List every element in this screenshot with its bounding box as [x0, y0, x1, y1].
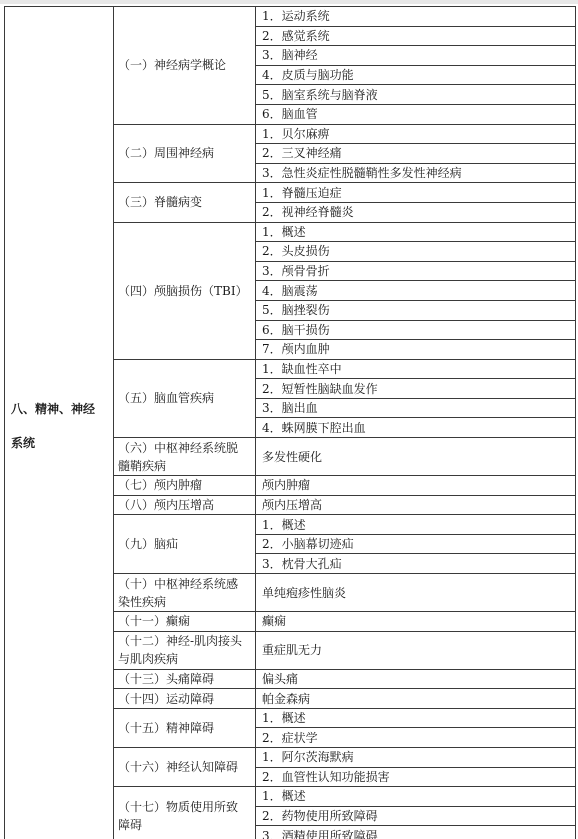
- section-item: 重症肌无力: [256, 631, 576, 669]
- section-title: （十四）运动障碍: [114, 689, 256, 709]
- section-item: 3．脑神经: [256, 46, 576, 66]
- section-item: 颅内肿瘤: [256, 476, 576, 496]
- section-item: 3．脑出血: [256, 398, 576, 418]
- section-item: 1．缺血性卒中: [256, 359, 576, 379]
- section-item: 7．颅内血肿: [256, 340, 576, 360]
- section-title: （十七）物质使用所致障碍: [114, 787, 256, 839]
- section-item: 3．枕骨大孔疝: [256, 554, 576, 574]
- section-title: （五）脑血管疾病: [114, 359, 256, 437]
- section-item: 4．皮质与脑功能: [256, 65, 576, 85]
- section-item: 颅内压增高: [256, 495, 576, 515]
- syllabus-table: 八、精神、神经系统（一）神经病学概论1．运动系统2．感觉系统3．脑神经4．皮质与…: [4, 6, 576, 839]
- section-item: 1．阿尔茨海默病: [256, 748, 576, 768]
- section-item: 3．酒精使用所致障碍: [256, 826, 576, 839]
- section-title: （十一）癫痫: [114, 612, 256, 632]
- section-title: （三）脊髓病变: [114, 183, 256, 222]
- page-top-edge: [0, 0, 578, 4]
- section-item: 1．脊髓压迫症: [256, 183, 576, 203]
- section-item: 1．运动系统: [256, 7, 576, 27]
- section-item: 2．短暂性脑缺血发作: [256, 379, 576, 399]
- section-item: 1．概述: [256, 708, 576, 728]
- section-item: 5．脑室系统与脑脊液: [256, 85, 576, 105]
- section-item: 3．颅骨骨折: [256, 261, 576, 281]
- section-item: 2．三叉神经痛: [256, 144, 576, 164]
- section-item: 6．脑干损伤: [256, 320, 576, 340]
- section-item: 1．概述: [256, 222, 576, 242]
- section-title: （七）颅内肿瘤: [114, 476, 256, 496]
- section-item: 5．脑挫裂伤: [256, 300, 576, 320]
- section-item: 单纯疱疹性脑炎: [256, 574, 576, 612]
- section-item: 6．脑血管: [256, 104, 576, 124]
- table-row: 八、精神、神经系统（一）神经病学概论1．运动系统: [5, 7, 576, 27]
- section-item: 2．小脑幕切迹疝: [256, 534, 576, 554]
- section-item: 1．概述: [256, 787, 576, 807]
- section-title: （十六）神经认知障碍: [114, 748, 256, 787]
- section-item: 2．视神经脊髓炎: [256, 202, 576, 222]
- section-title: （十）中枢神经系统感染性疾病: [114, 574, 256, 612]
- section-title: （十二）神经-肌肉接头与肌肉疾病: [114, 631, 256, 669]
- section-item: 2．药物使用所致障碍: [256, 806, 576, 826]
- section-title: （二）周围神经病: [114, 124, 256, 183]
- section-title: （一）神经病学概论: [114, 7, 256, 125]
- section-item: 癫痫: [256, 612, 576, 632]
- section-item: 4．蛛网膜下腔出血: [256, 418, 576, 438]
- section-item: 2．血管性认知功能损害: [256, 767, 576, 787]
- section-title: （十三）头痛障碍: [114, 669, 256, 689]
- section-item: 偏头痛: [256, 669, 576, 689]
- section-item: 2．头皮损伤: [256, 242, 576, 262]
- system-title-line: 系统: [11, 426, 107, 460]
- section-item: 4．脑震荡: [256, 281, 576, 301]
- section-title: （六）中枢神经系统脱髓鞘疾病: [114, 438, 256, 476]
- section-item: 2．感觉系统: [256, 26, 576, 46]
- section-title: （九）脑疝: [114, 515, 256, 574]
- section-item: 帕金森病: [256, 689, 576, 709]
- section-title: （四）颅脑损伤（TBI）: [114, 222, 256, 359]
- section-title: （十五）精神障碍: [114, 708, 256, 747]
- section-item: 多发性硬化: [256, 438, 576, 476]
- section-title: （八）颅内压增高: [114, 495, 256, 515]
- section-item: 2．症状学: [256, 728, 576, 748]
- system-title-line: 八、精神、神经: [11, 392, 107, 426]
- section-item: 3．急性炎症性脱髓鞘性多发性神经病: [256, 163, 576, 183]
- system-title: 八、精神、神经系统: [5, 7, 114, 839]
- section-item: 1．贝尔麻痹: [256, 124, 576, 144]
- section-item: 1．概述: [256, 515, 576, 535]
